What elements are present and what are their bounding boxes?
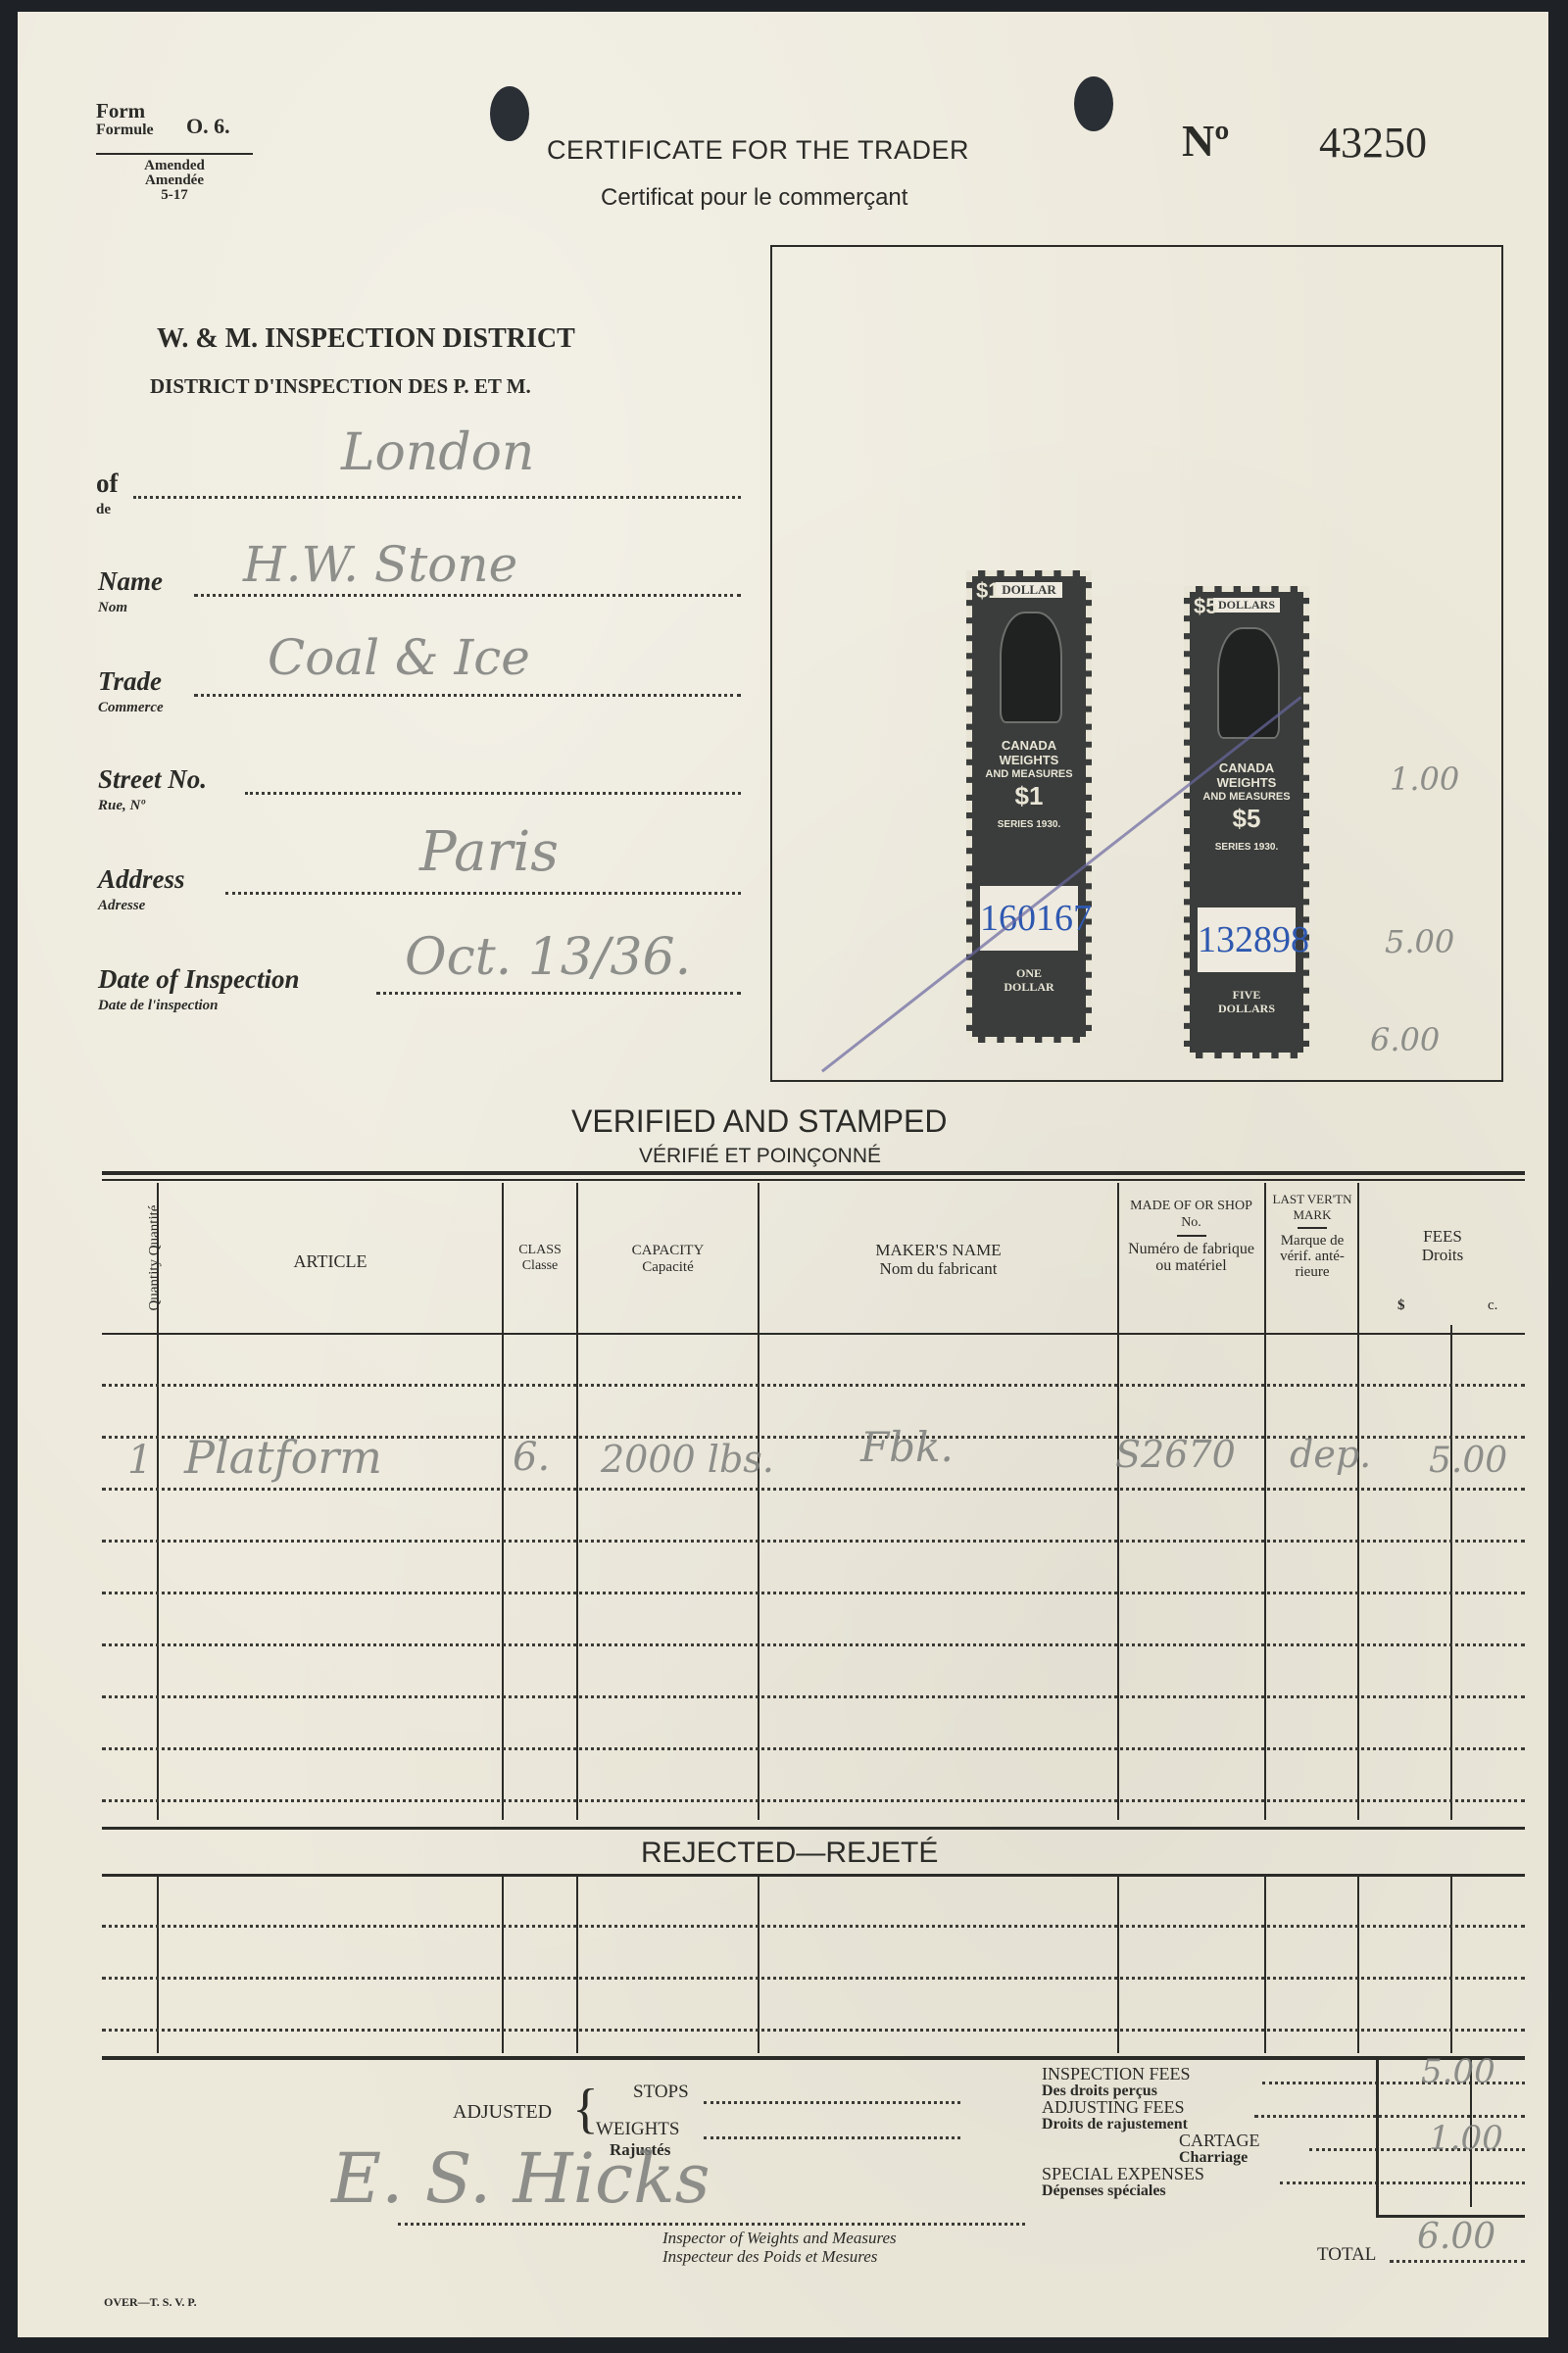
form-number: O. 6. <box>186 114 230 139</box>
fees-dollars-label: $ <box>1397 1298 1405 1314</box>
column-divider <box>502 1877 504 2053</box>
field-sublabel: de <box>96 502 111 518</box>
stamp-denom: $5 <box>1194 594 1217 619</box>
row-line <box>102 1695 1525 1698</box>
row-line <box>102 1592 1525 1594</box>
verified-title: VERIFIED AND STAMPED <box>571 1103 947 1140</box>
field-sublabel: Commerce <box>98 700 164 716</box>
row-line <box>102 1488 1525 1491</box>
column-header-last: LAST VER'TN MARK Marque de vérif. anté-r… <box>1268 1192 1356 1280</box>
punch-hole <box>1074 76 1113 131</box>
class-fr: Classe <box>504 1258 576 1274</box>
field-line <box>194 694 741 697</box>
column-header-made: MADE OF OR SHOP No. Numéro de fabrique o… <box>1125 1198 1257 1274</box>
form-label: Form Formule <box>96 102 154 139</box>
header-bottom-rule <box>102 1333 1525 1335</box>
stamp-line2: AND MEASURES <box>978 767 1080 782</box>
field-value[interactable]: London <box>341 423 534 482</box>
column-divider <box>1264 1183 1266 1820</box>
row-line <box>102 1977 1525 1980</box>
fees-line <box>1280 2181 1525 2184</box>
fees-en: FEES <box>1360 1227 1525 1246</box>
cell-capacity: 2000 lbs. <box>601 1438 774 1481</box>
weights-label: WEIGHTS <box>596 2119 679 2140</box>
cell-made: S2670 <box>1115 1433 1236 1476</box>
capacity-en: CAPACITY <box>578 1243 758 1259</box>
stamp-line2: AND MEASURES <box>1196 790 1298 805</box>
field-value[interactable]: H.W. Stone <box>243 536 517 593</box>
column-divider <box>1357 1183 1359 1820</box>
row-line <box>102 1384 1525 1387</box>
rejected-bottom-rule <box>102 2056 1525 2060</box>
stamp-series: SERIES 1930. <box>978 817 1080 832</box>
column-divider <box>1117 1877 1119 2053</box>
stamp-one-dollar: DOLLAR $1 CANADA WEIGHTS AND MEASURES $1… <box>966 570 1092 1043</box>
amended-en: Amended <box>96 159 253 173</box>
table-top-rule <box>102 1171 1525 1175</box>
number-prefix: Nº <box>1182 115 1229 167</box>
fees-line <box>1254 2115 1525 2118</box>
amended-date: 5-17 <box>96 188 253 203</box>
stamp-series: SERIES 1930. <box>1196 840 1298 855</box>
fees-cents-label: c. <box>1488 1298 1497 1314</box>
stamp-top-label: DOLLAR <box>996 582 1062 598</box>
inspection-fees-value[interactable]: 5.00 <box>1421 2052 1495 2091</box>
field-value[interactable]: Paris <box>419 820 559 884</box>
field-line <box>225 892 741 895</box>
class-en: CLASS <box>504 1243 576 1258</box>
total-value[interactable]: 6.00 <box>1417 2217 1495 2257</box>
stamp-words1: ONE <box>978 966 1080 980</box>
column-divider <box>502 1183 504 1820</box>
inspector-title-en: Inspector of Weights and Measures <box>662 2229 897 2247</box>
inspection-fees-label: INSPECTION FEES <box>1042 2066 1259 2083</box>
column-divider <box>1264 1877 1266 2053</box>
district-title: W. & M. INSPECTION DISTRICT <box>157 323 575 355</box>
special-expenses-label-fr: Dépenses spéciales <box>1042 2182 1259 2199</box>
certificate-title: CERTIFICATE FOR THE TRADER <box>547 135 969 166</box>
punch-hole <box>490 86 529 141</box>
column-divider <box>1357 1877 1359 2053</box>
adjusting-fees-value[interactable]: 1.00 <box>1429 2119 1503 2158</box>
column-header-capacity: CAPACITY Capacité <box>578 1243 758 1276</box>
maker-en: MAKER'S NAME <box>759 1241 1117 1259</box>
certificate-subtitle: Certificat pour le commerçant <box>601 184 907 212</box>
verified-bottom-rule <box>102 1827 1525 1830</box>
stamp-line1: WEIGHTS <box>1196 775 1298 790</box>
adjusted-label: ADJUSTED <box>453 2101 552 2124</box>
cell-maker: Fbk. <box>860 1423 954 1471</box>
stamp-line1: WEIGHTS <box>978 753 1080 767</box>
made-en: MADE OF OR SHOP No. <box>1125 1198 1257 1231</box>
rejected-top-rule <box>102 1874 1525 1877</box>
row-line <box>102 1643 1525 1646</box>
field-label: Name <box>98 566 163 597</box>
cell-article: Platform <box>184 1431 382 1484</box>
rejected-title: REJECTED—REJETÉ <box>641 1837 938 1870</box>
adjusted-brace: { <box>572 2082 599 2136</box>
field-label: Street No. <box>98 764 207 795</box>
box-note: 5.00 <box>1385 923 1454 960</box>
box-note: 1.00 <box>1390 760 1459 798</box>
column-divider <box>157 1877 159 2053</box>
stamp-words2: DOLLARS <box>1196 1002 1298 1015</box>
stamp-words1: FIVE <box>1196 988 1298 1002</box>
amended-fr: Amendée <box>96 173 253 188</box>
field-line <box>133 496 741 499</box>
inspector-signature: E. S. Hicks <box>331 2138 710 2219</box>
column-divider <box>1450 1877 1452 2053</box>
column-header-fees: FEES Droits <box>1360 1227 1525 1264</box>
verified-subtitle: VÉRIFIÉ ET POINÇONNÉ <box>639 1145 881 1168</box>
field-line <box>376 992 741 995</box>
column-divider <box>1117 1183 1119 1820</box>
certificate-document: Form Formule O. 6. Amended Amendée 5-17 … <box>18 12 1548 2337</box>
field-line <box>245 792 741 795</box>
cell-fees: 5.00 <box>1429 1441 1507 1481</box>
stamp-center-denom: $1 <box>978 782 1080 809</box>
field-label: of <box>96 468 119 499</box>
district-subtitle: DISTRICT D'INSPECTION DES P. ET M. <box>150 374 531 399</box>
total-label: TOTAL <box>1317 2244 1376 2266</box>
inspector-title: Inspector of Weights and Measures Inspec… <box>662 2229 897 2266</box>
cell-quantity: 1 <box>127 1438 152 1483</box>
field-sublabel: Rue, Nº <box>98 798 145 814</box>
inspector-title-fr: Inspecteur des Poids et Mesures <box>662 2247 897 2266</box>
maker-fr: Nom du fabricant <box>759 1259 1117 1278</box>
table-top-rule <box>102 1179 1525 1181</box>
adjusting-fees-label: ADJUSTING FEES <box>1042 2099 1259 2116</box>
column-divider <box>758 1877 759 2053</box>
last-en: LAST VER'TN MARK <box>1268 1192 1356 1223</box>
field-value[interactable]: Oct. 13/36. <box>405 928 691 987</box>
field-label: Date of Inspection <box>98 964 300 995</box>
stamp-denom: $1 <box>976 578 1000 604</box>
fees-labels: INSPECTION FEES Des droits perçus ADJUST… <box>1042 2066 1259 2199</box>
row-line <box>102 2029 1525 2032</box>
signature-line <box>398 2223 1025 2226</box>
amended-note: Amended Amendée 5-17 <box>96 159 253 203</box>
field-sublabel: Nom <box>98 600 127 616</box>
stamp-country: CANADA <box>978 738 1080 753</box>
column-header-maker: MAKER'S NAME Nom du fabricant <box>759 1241 1117 1278</box>
stamp-top-label: DOLLARS <box>1213 598 1280 613</box>
stamp-serial: 160167 <box>980 886 1078 951</box>
portrait-icon <box>1000 612 1062 723</box>
stamp-words2: DOLLAR <box>978 980 1080 994</box>
row-line <box>102 1925 1525 1928</box>
form-label-en: Form <box>96 102 154 121</box>
last-fr: Marque de vérif. anté-rieure <box>1268 1233 1356 1280</box>
weights-line[interactable] <box>704 2136 960 2139</box>
field-sublabel: Date de l'inspection <box>98 998 219 1014</box>
box-note: 6.00 <box>1370 1021 1440 1058</box>
cell-last: dep. <box>1290 1433 1371 1476</box>
stamp-five-dollar: DOLLARS $5 CANADA WEIGHTS AND MEASURES $… <box>1184 586 1309 1058</box>
column-divider <box>576 1877 578 2053</box>
row-line <box>102 1799 1525 1802</box>
field-label: Address <box>98 864 185 895</box>
fees-fr: Droits <box>1360 1246 1525 1264</box>
column-header-article: ARTICLE <box>159 1252 502 1271</box>
column-divider <box>1450 1325 1452 1820</box>
column-header-class: CLASS Classe <box>504 1243 576 1274</box>
form-label-fr: Formule <box>96 121 154 139</box>
stamp-serial: 132898 <box>1198 907 1296 972</box>
row-line <box>102 1747 1525 1750</box>
total-line <box>1390 2260 1525 2263</box>
certificate-number: 43250 <box>1319 118 1427 168</box>
stamp-center-denom: $5 <box>1196 805 1298 832</box>
cell-class: 6. <box>513 1435 550 1480</box>
field-line <box>194 594 741 597</box>
made-fr: Numéro de fabrique ou matériel <box>1125 1241 1257 1274</box>
capacity-fr: Capacité <box>578 1259 758 1276</box>
form-divider <box>96 153 253 155</box>
row-line <box>102 1540 1525 1543</box>
stops-line[interactable] <box>704 2101 960 2104</box>
column-divider <box>758 1183 759 1820</box>
over-note: OVER—T. S. V. P. <box>104 2295 197 2310</box>
stops-label: STOPS <box>633 2082 689 2103</box>
special-expenses-label: SPECIAL EXPENSES <box>1042 2166 1259 2182</box>
column-divider <box>576 1183 578 1820</box>
fees-box-left <box>1376 2060 1379 2217</box>
field-value[interactable]: Coal & Ice <box>268 629 530 686</box>
cartage-label: CARTAGE <box>1042 2132 1259 2149</box>
field-sublabel: Adresse <box>98 898 145 914</box>
field-label: Trade <box>98 666 162 697</box>
